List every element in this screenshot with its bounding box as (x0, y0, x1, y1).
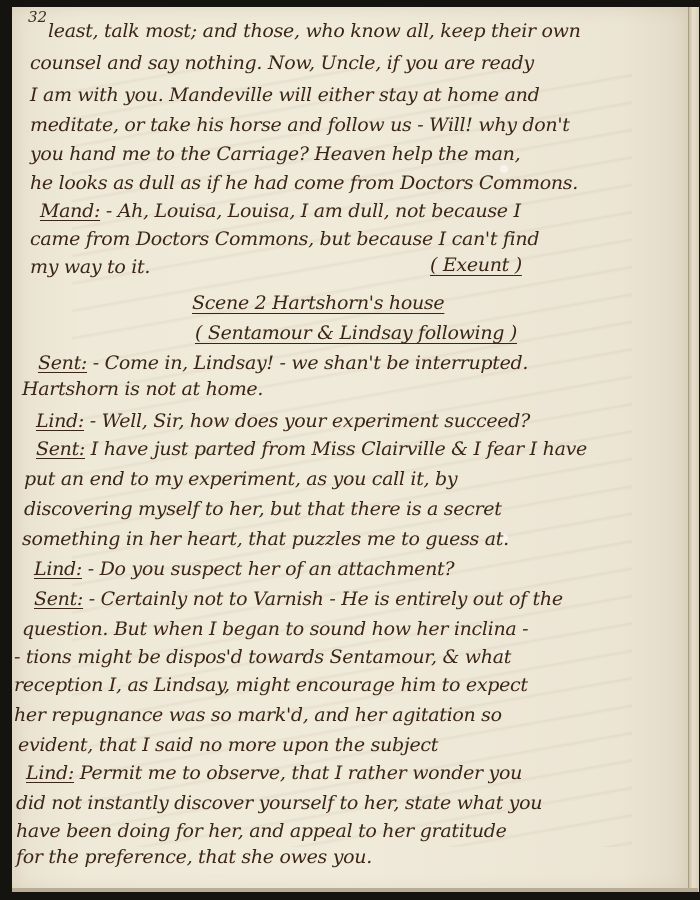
text-line: my way to it. (30, 256, 150, 278)
text-line: discovering myself to her, but that ther… (24, 498, 502, 520)
text-line: came from Doctors Commons, but because I… (30, 228, 539, 250)
page-edge (688, 7, 699, 892)
text-line: Hartshorn is not at home. (22, 378, 263, 400)
text-line: did not instantly discover yourself to h… (16, 792, 542, 814)
speaker-label: Sent: (34, 588, 83, 610)
text-line: you hand me to the Carriage? Heaven help… (30, 143, 520, 165)
dialogue-line: Sent: - Certainly not to Varnish - He is… (34, 588, 563, 610)
dialogue-line: Sent: I have just parted from Miss Clair… (36, 438, 587, 460)
speaker-label: Sent: (36, 438, 85, 460)
text-line: reception I, as Lindsay, might encourage… (14, 674, 528, 696)
text-line: something in her heart, that puzzles me … (22, 528, 509, 550)
speaker-label: Sent: (38, 352, 87, 374)
text-line: - tions might be dispos'd towards Sentam… (14, 646, 511, 668)
text-line: he looks as dull as if he had come from … (30, 172, 578, 194)
dialogue-line: Lind: Permit me to observe, that I rathe… (26, 762, 522, 784)
text-line: for the preference, that she owes you. (16, 846, 372, 868)
dialogue-line: Sent: - Come in, Lindsay! - we shan't be… (38, 352, 528, 374)
page-bottom-edge (12, 888, 698, 892)
stage-direction: ( Sentamour & Lindsay following ) (195, 322, 517, 344)
text-line: I am with you. Mandeville will either st… (30, 84, 539, 106)
dialogue-line: Lind: - Well, Sir, how does your experim… (36, 410, 530, 432)
page-number: 32 (28, 8, 47, 26)
speaker-label: Lind: (26, 762, 74, 784)
text-line: meditate, or take his horse and follow u… (30, 114, 570, 136)
scene-heading: Scene 2 Hartshorn's house (192, 292, 444, 314)
stage-direction: ( Exeunt ) (430, 254, 522, 276)
text-line: have been doing for her, and appeal to h… (16, 820, 507, 842)
text-line: question. But when I began to sound how … (22, 618, 528, 640)
dialogue-line: Lind: - Do you suspect her of an attachm… (34, 558, 454, 580)
dialogue-line: Mand: - Ah, Louisa, Louisa, I am dull, n… (40, 200, 521, 222)
text-line: put an end to my experiment, as you call… (24, 468, 457, 490)
speaker-label: Mand: (40, 200, 100, 222)
text-line: least, talk most; and those, who know al… (48, 20, 581, 42)
speaker-label: Lind: (34, 558, 82, 580)
text-line: evident, that I said no more upon the su… (18, 734, 438, 756)
text-line: her repugnance was so mark'd, and her ag… (14, 704, 502, 726)
text-line: counsel and say nothing. Now, Uncle, if … (30, 52, 534, 74)
speaker-label: Lind: (36, 410, 84, 432)
